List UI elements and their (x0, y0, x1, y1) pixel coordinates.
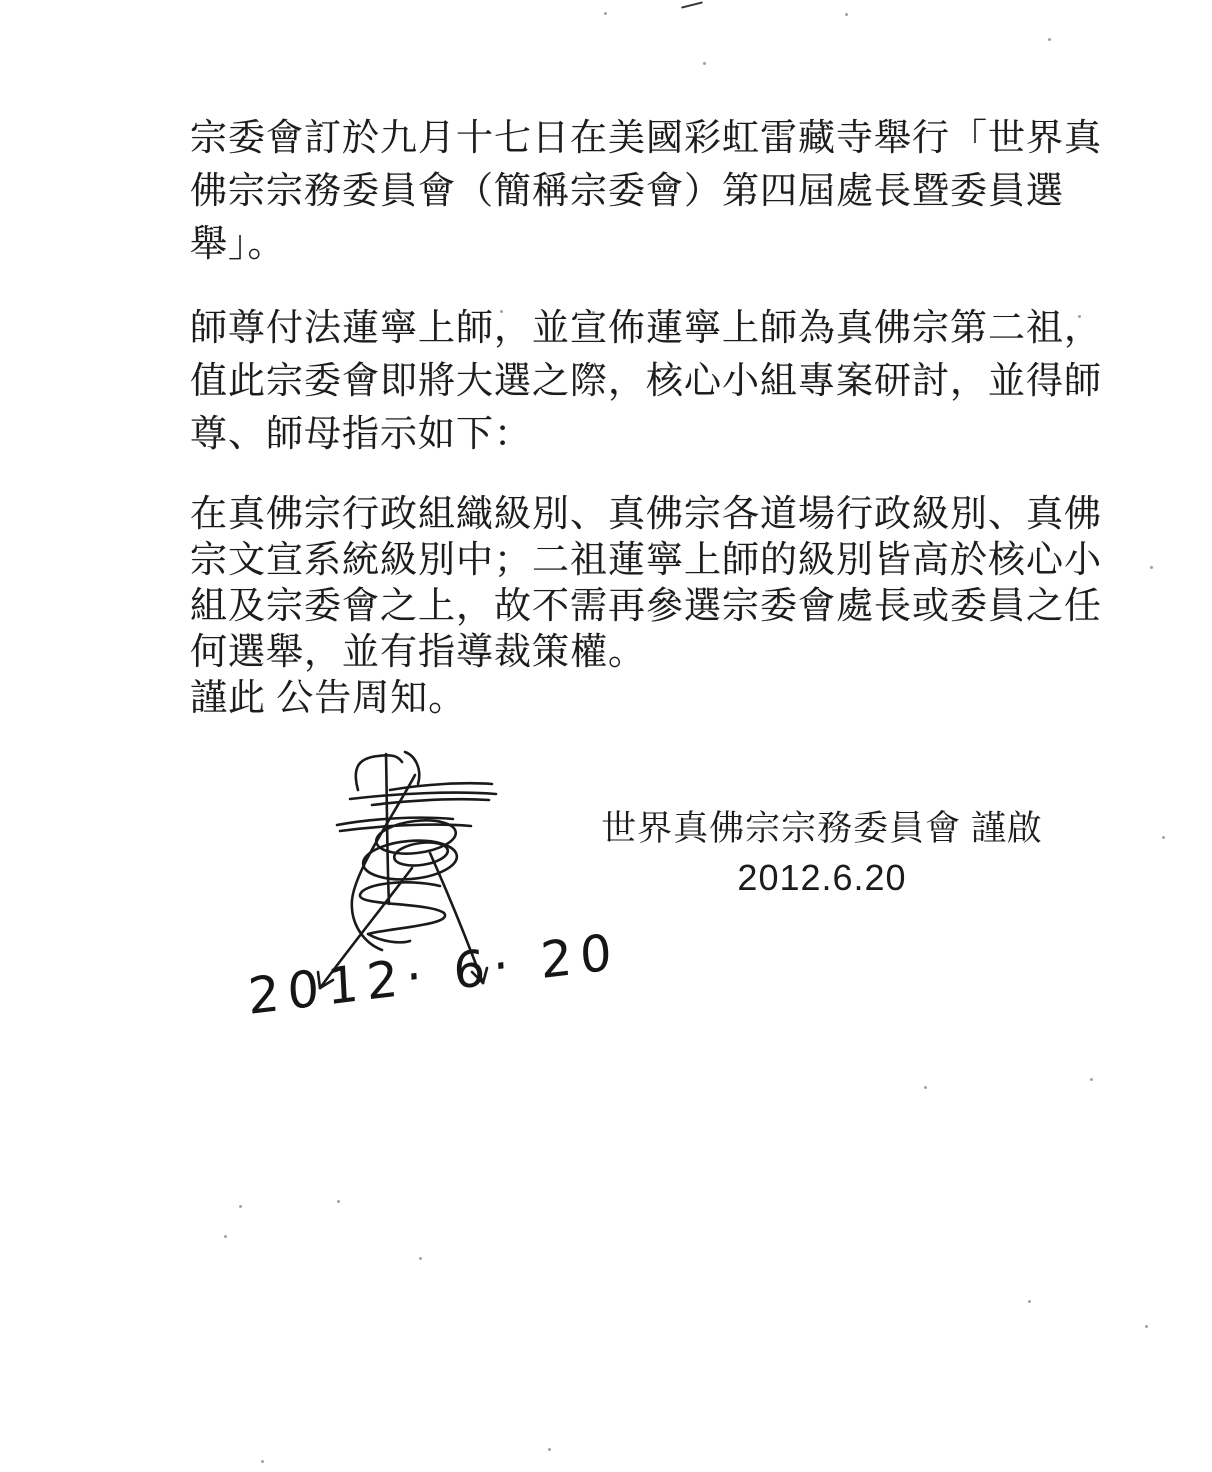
scan-speck (845, 13, 848, 16)
scan-speck (239, 1205, 242, 1208)
scan-speck (1028, 1300, 1031, 1303)
scan-speck (1145, 1325, 1148, 1328)
scan-speck (224, 1235, 227, 1238)
scan-speck (337, 1200, 340, 1203)
scan-speck (548, 1448, 551, 1451)
paragraph-election-announcement: 宗委會訂於九月十七日在美國彩虹雷藏寺舉行「世界真 佛宗宗務委員會（簡稱宗委會）第… (190, 112, 1150, 271)
scanned-letter-page: 宗委會訂於九月十七日在美國彩虹雷藏寺舉行「世界真 佛宗宗務委員會（簡稱宗委會）第… (0, 0, 1212, 1472)
scan-speck (604, 12, 607, 15)
scan-speck (924, 1086, 927, 1089)
paragraph-dharma-transmission: 師尊付法蓮寧上師，並宣佈蓮寧上師為真佛宗第二祖， 值此宗委會即將大選之際，核心小… (190, 302, 1150, 461)
scan-speck (1162, 836, 1165, 839)
scan-speck (703, 62, 706, 65)
scan-speck (1150, 566, 1153, 569)
closing-block: 世界真佛宗宗務委員會 謹啟 2012.6.20 (596, 806, 1048, 898)
closing-date: 2012.6.20 (596, 858, 1048, 898)
signoff-line: 世界真佛宗宗務委員會 謹啟 (596, 806, 1048, 852)
scan-dash-artifact (681, 1, 703, 8)
paragraph-directive-and-notice: 在真佛宗行政組織級別、真佛宗各道場行政級別、真佛 宗文宣系統級別中；二祖蓮寧上師… (190, 492, 1150, 722)
scan-speck (1048, 38, 1051, 41)
scan-speck (1090, 1078, 1093, 1081)
scan-speck (419, 1257, 422, 1260)
scan-speck (261, 1460, 264, 1463)
